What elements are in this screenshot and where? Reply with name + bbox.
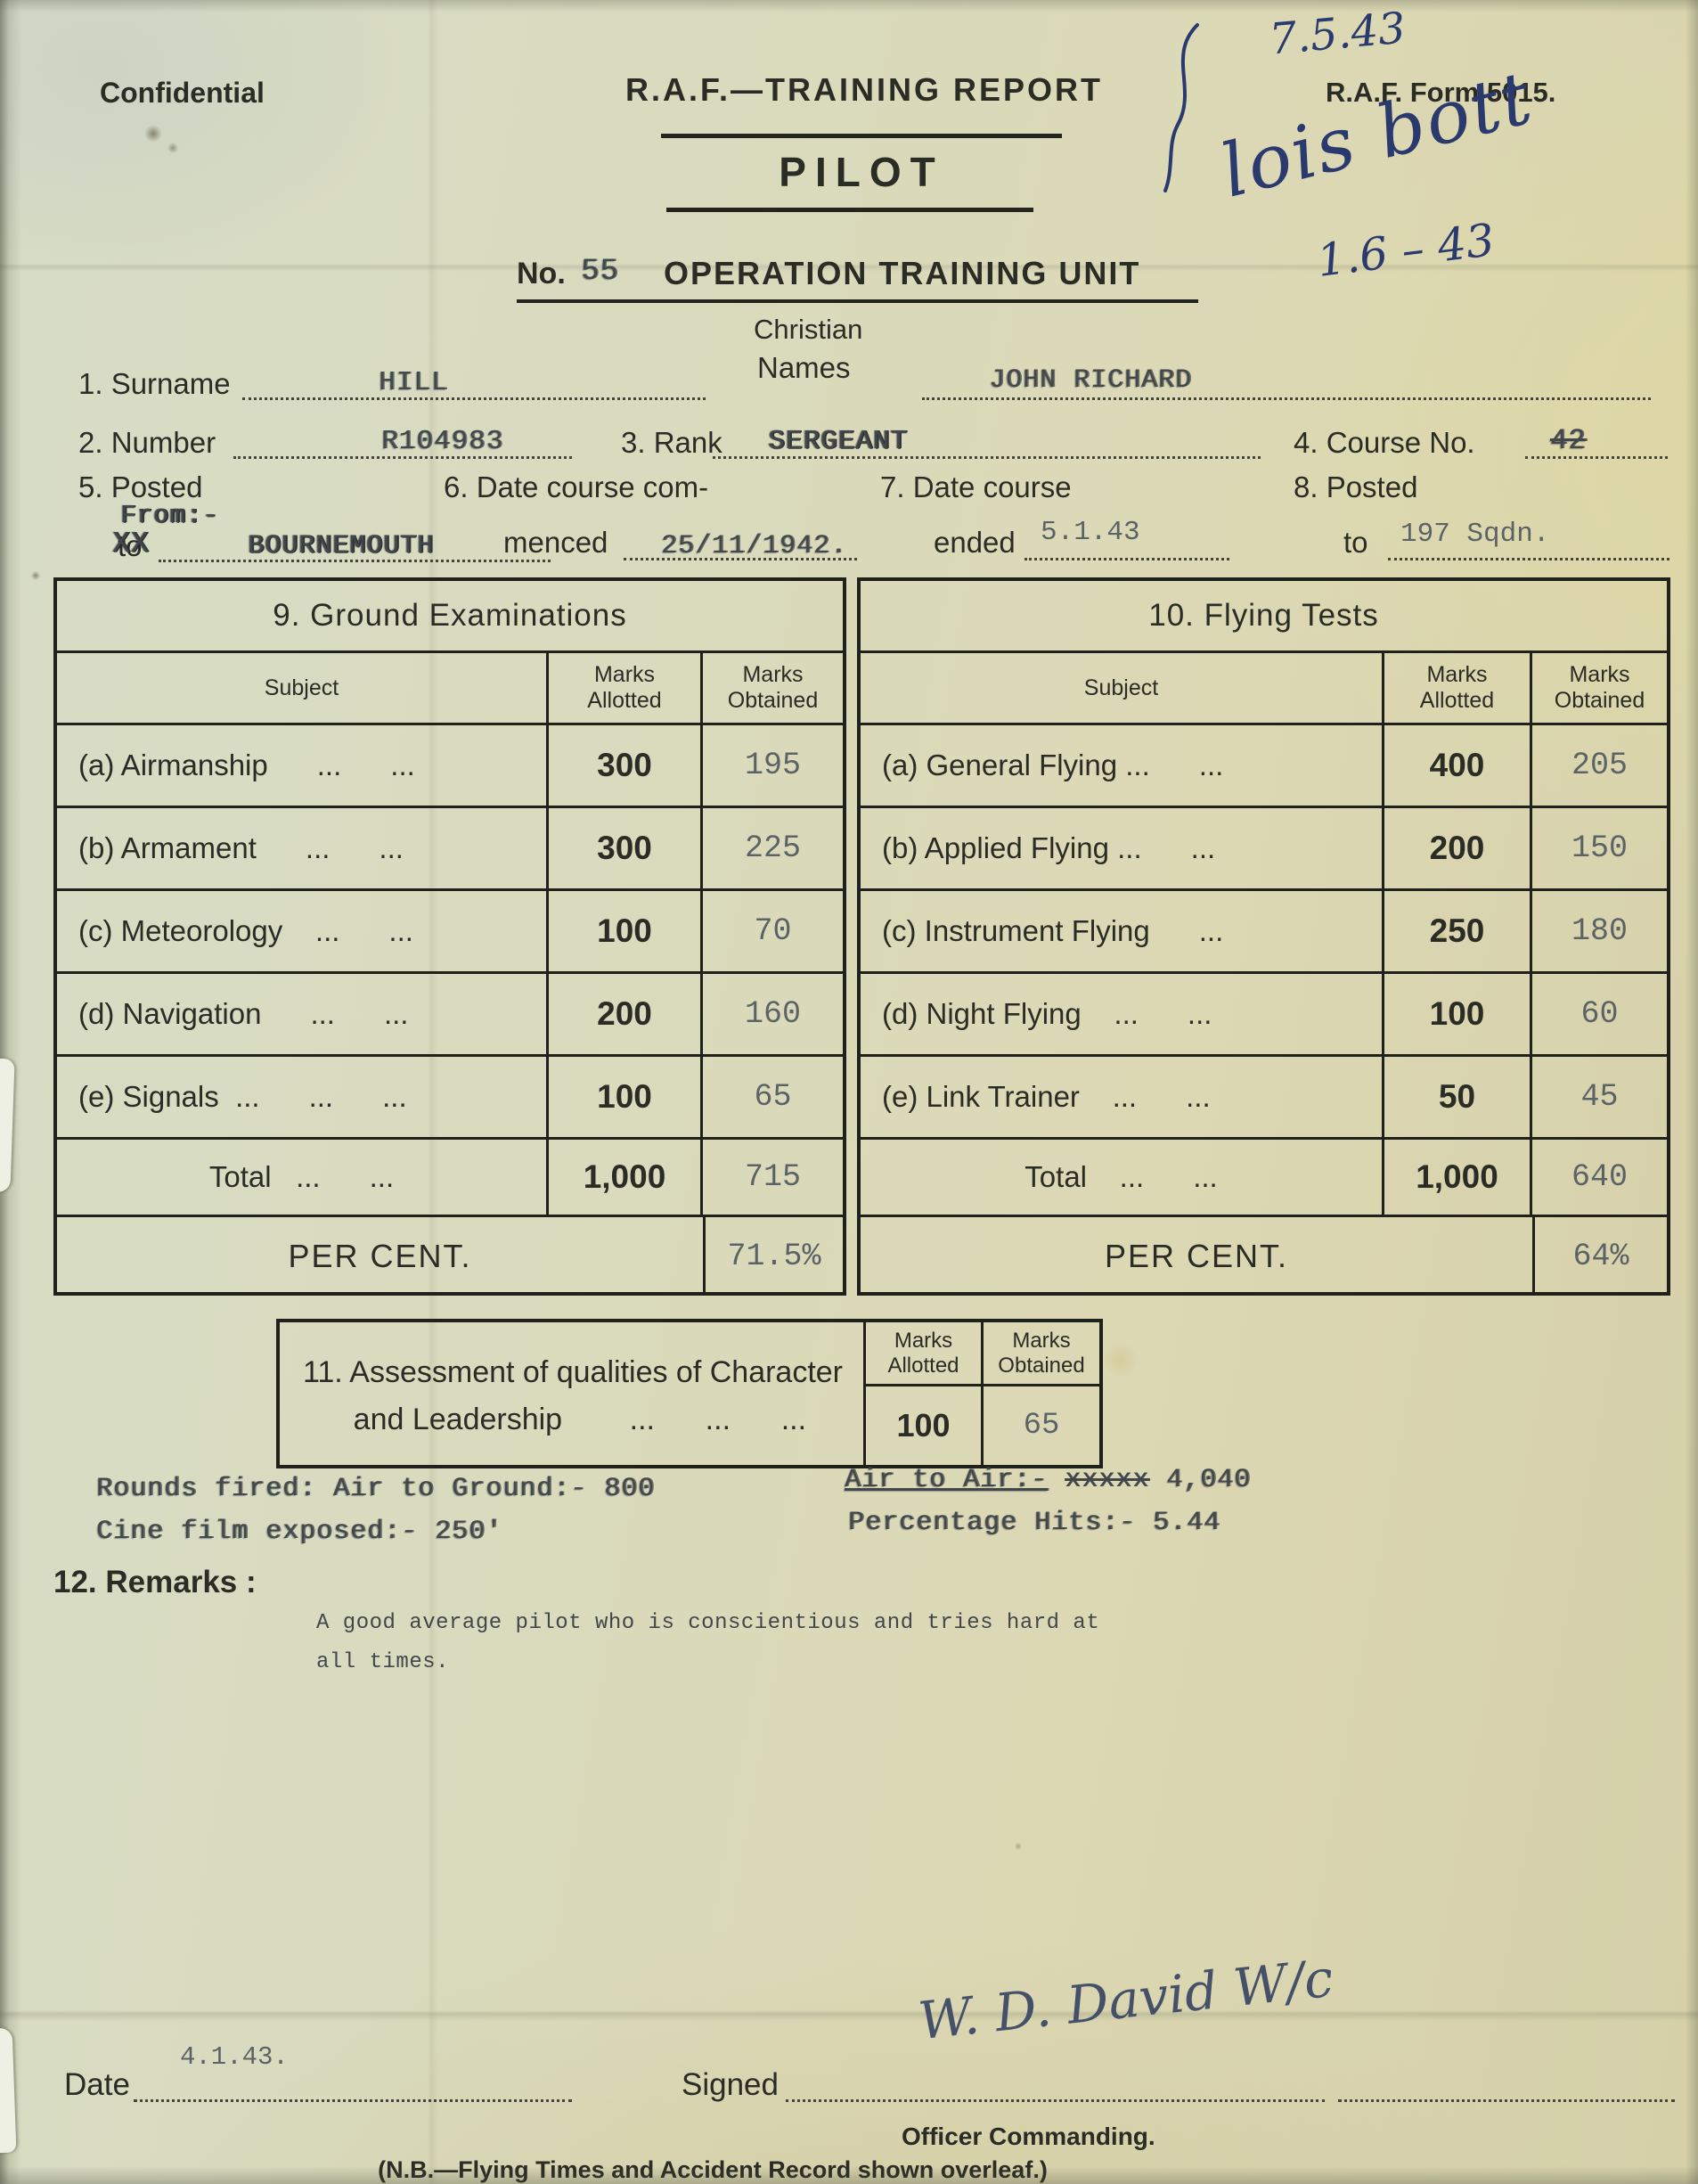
dotted-line	[1338, 2098, 1675, 2102]
marks-allotted-cell: 400	[1384, 725, 1532, 806]
column-header-marks-allotted: Marks Allotted	[549, 653, 703, 723]
total-obtained: 640	[1532, 1140, 1667, 1215]
marks-obtained-cell: 180	[1532, 891, 1667, 971]
posted-to-label: 8. Posted	[1294, 470, 1417, 504]
table-row: (b) Armament ... ... 300 225	[57, 808, 843, 891]
classification-label: Confidential	[100, 77, 265, 110]
posted-to-value: 197 Sqdn.	[1400, 519, 1549, 550]
table-row: (d) Navigation ... ... 200 160	[57, 974, 843, 1057]
otu-underline	[517, 299, 1198, 303]
date-label: Date	[64, 2067, 130, 2103]
subject-cell: (e) Signals ... ... ...	[57, 1057, 549, 1137]
percent-obtained: 64%	[1535, 1217, 1667, 1295]
ended-value: 5.1.43	[1041, 517, 1140, 548]
column-header-marks-obtained: Marks Obtained	[1532, 653, 1667, 723]
total-row: Total ... ... 1,000 715	[57, 1140, 843, 1217]
table-row: (c) Instrument Flying ... 250 180	[861, 891, 1667, 974]
table-row: (e) Signals ... ... ... 100 65	[57, 1057, 843, 1140]
table-row: (e) Link Trainer ... ... 50 45	[861, 1057, 1667, 1140]
percent-label: PER CENT.	[57, 1217, 706, 1295]
total-obtained: 715	[703, 1140, 843, 1215]
marks-allotted-cell: 100	[549, 891, 703, 971]
commenced-label-1: 6. Date course com-	[444, 470, 708, 504]
subtitle-underline	[666, 208, 1033, 212]
marks-allotted-cell: 100	[1384, 974, 1532, 1054]
marks-obtained-cell: 160	[703, 974, 843, 1054]
otu-no-label: No.	[517, 257, 566, 291]
rank-value: SERGEANT	[768, 426, 908, 457]
dotted-line	[922, 396, 1651, 400]
dotted-line	[134, 2098, 572, 2102]
column-header-marks-allotted: Marks Allotted	[1384, 653, 1532, 723]
air-to-air-line: Air to Air:- xxxxx 4,040	[845, 1465, 1251, 1495]
rank-label: 3. Rank	[621, 426, 722, 460]
dotted-line	[1025, 556, 1229, 560]
commenced-value: 25/11/1942.	[661, 531, 847, 561]
ended-label-2: ended	[934, 526, 1016, 560]
marks-allotted-cell: 200	[549, 974, 703, 1054]
marks-allotted-cell: 300	[549, 808, 703, 888]
christian-label: Christian	[754, 314, 862, 346]
flying-tests-table: 10. Flying Tests Subject Marks Allotted …	[857, 577, 1670, 1296]
column-header-marks-allotted: Marks Allotted	[866, 1322, 981, 1386]
marks-obtained-cell: 195	[703, 725, 843, 806]
ended-label-1: 7. Date course	[880, 470, 1072, 504]
handwritten-date-annotation: 7.5.43	[1268, 3, 1408, 64]
remarks-line-1: A good average pilot who is conscientiou…	[316, 1611, 1099, 1635]
ink-flourish	[1151, 21, 1213, 195]
marks-allotted-cell: 200	[1384, 808, 1532, 888]
posted-to-word: to	[1343, 526, 1368, 560]
column-header-subject: Subject	[861, 653, 1384, 723]
marks-obtained-cell: 60	[1532, 974, 1667, 1054]
handwritten-date-annotation-2: 1.6 – 43	[1314, 214, 1498, 287]
rounds-fired-line: Rounds fired: Air to Ground:- 800	[96, 1474, 655, 1504]
marks-obtained-cell: 225	[703, 808, 843, 888]
christian-names-value: JOHN RICHARD	[989, 365, 1192, 396]
surname-label: 1. Surname	[78, 367, 231, 401]
percent-label: PER CENT.	[861, 1217, 1535, 1295]
column-header-marks-obtained: Marks Obtained	[984, 1322, 1099, 1386]
assessment-label: 11. Assessment of qualities of Character…	[280, 1322, 866, 1465]
assessment-allotted-value: 100	[866, 1386, 981, 1465]
table-row: (c) Meteorology ... ... 100 70	[57, 891, 843, 974]
otu-title: OPERATION TRAINING UNIT	[664, 255, 1140, 292]
percent-obtained: 71.5%	[706, 1217, 843, 1295]
dotted-line	[1388, 556, 1669, 560]
marks-allotted-cell: 50	[1384, 1057, 1532, 1137]
subject-cell: (c) Meteorology ... ...	[57, 891, 549, 971]
air-to-air-value: 4,040	[1166, 1465, 1251, 1495]
percentage-hits-line: Percentage Hits:- 5.44	[848, 1508, 1220, 1538]
assessment-line-2: and Leadership ... ... ...	[303, 1403, 806, 1436]
remarks-line-2: all times.	[316, 1650, 449, 1674]
subject-cell: (d) Night Flying ... ...	[861, 974, 1384, 1054]
subject-cell: (b) Armament ... ...	[57, 808, 549, 888]
percent-row: PER CENT. 71.5%	[57, 1217, 843, 1295]
subject-cell: (b) Applied Flying ... ...	[861, 808, 1384, 888]
course-value: 42	[1550, 424, 1586, 457]
dotted-line	[1525, 454, 1668, 459]
marks-obtained-cell: 150	[1532, 808, 1667, 888]
subject-cell: (e) Link Trainer ... ...	[861, 1057, 1384, 1137]
number-label: 2. Number	[78, 426, 216, 460]
assessment-line-1: 11. Assessment of qualities of Character	[303, 1355, 843, 1389]
ground-exams-table: 9. Ground Examinations Subject Marks All…	[53, 577, 846, 1296]
posted-from-value: BOURNEMOUTH	[248, 531, 434, 561]
signed-label: Signed	[682, 2067, 779, 2103]
column-header-subject: Subject	[57, 653, 549, 723]
posted-from-label: 5. Posted	[78, 470, 202, 504]
marks-obtained-cell: 70	[703, 891, 843, 971]
ground-exams-title: 9. Ground Examinations	[57, 581, 843, 653]
marks-allotted-cell: 100	[549, 1057, 703, 1137]
total-allotted: 1,000	[1384, 1140, 1532, 1215]
assessment-obtained-column: Marks Obtained 65	[984, 1322, 1099, 1465]
marks-obtained-cell: 65	[703, 1057, 843, 1137]
surname-value: HILL	[379, 367, 448, 398]
marks-obtained-cell: 205	[1532, 725, 1667, 806]
subject-cell: (d) Navigation ... ...	[57, 974, 549, 1054]
paper-tear	[0, 2028, 16, 2154]
table-row: (a) General Flying ... ... 400 205	[861, 725, 1667, 808]
dotted-line	[786, 2098, 1325, 2102]
total-allotted: 1,000	[549, 1140, 703, 1215]
total-row: Total ... ... 1,000 640	[861, 1140, 1667, 1217]
date-value: 4.1.43.	[180, 2042, 289, 2072]
air-to-air-struck-text: xxxxx	[1065, 1465, 1149, 1495]
raf-training-report-scan: Confidential R.A.F.—TRAINING REPORT R.A.…	[0, 0, 1698, 2184]
table-row: (d) Night Flying ... ... 100 60	[861, 974, 1667, 1057]
nb-footer: (N.B.—Flying Times and Accident Record s…	[374, 2156, 1051, 2184]
table-row: (b) Applied Flying ... ... 200 150	[861, 808, 1667, 891]
overtype-xx: XX	[112, 528, 150, 560]
subject-cell: (a) Airmanship ... ...	[57, 725, 549, 806]
marks-allotted-cell: 300	[549, 725, 703, 806]
officer-commanding-label: Officer Commanding.	[902, 2123, 1155, 2151]
otu-number-value: 55	[581, 255, 619, 289]
posted-from-typed-word: From:-	[120, 501, 218, 530]
column-header-marks-obtained: Marks Obtained	[703, 653, 843, 723]
title-underline	[661, 134, 1062, 138]
air-to-air-label: Air to Air:-	[845, 1465, 1048, 1495]
form-title: R.A.F.—TRAINING REPORT	[570, 71, 1158, 109]
form-subtitle: PILOT	[661, 148, 1062, 196]
marks-allotted-cell: 250	[1384, 891, 1532, 971]
names-label: Names	[757, 351, 851, 385]
assessment-box: 11. Assessment of qualities of Character…	[276, 1319, 1103, 1468]
paper-tear	[0, 1059, 15, 1193]
subject-cell: (c) Instrument Flying ...	[861, 891, 1384, 971]
dotted-line	[242, 396, 706, 400]
marks-obtained-cell: 45	[1532, 1057, 1667, 1137]
total-label: Total ... ...	[57, 1140, 549, 1215]
assessment-obtained-value: 65	[984, 1386, 1099, 1465]
assessment-allotted-column: Marks Allotted 100	[866, 1322, 984, 1465]
cine-film-line: Cine film exposed:- 250'	[96, 1517, 502, 1547]
course-label: 4. Course No.	[1294, 426, 1475, 460]
total-label: Total ... ...	[861, 1140, 1384, 1215]
remarks-label: 12. Remarks :	[53, 1565, 257, 1600]
flying-tests-title: 10. Flying Tests	[861, 581, 1667, 653]
commenced-label-2: menced	[503, 526, 608, 560]
number-value: R104983	[381, 426, 503, 457]
percent-row: PER CENT. 64%	[861, 1217, 1667, 1295]
subject-cell: (a) General Flying ... ...	[861, 725, 1384, 806]
officer-signature: W. D. David W/c	[916, 1948, 1336, 2051]
table-row: (a) Airmanship ... ... 300 195	[57, 725, 843, 808]
